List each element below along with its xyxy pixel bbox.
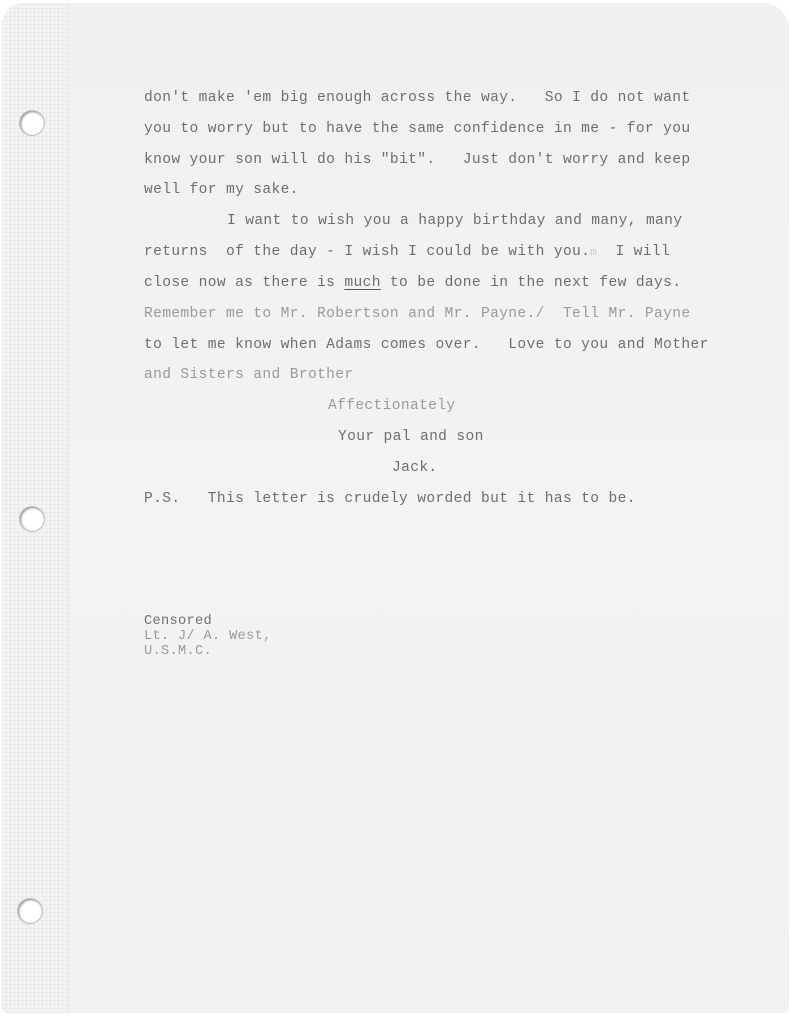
body-text: to be done in the next few days. (381, 275, 682, 291)
body-line: I want to wish you a happy birthday and … (227, 212, 682, 230)
body-line: well for my sake. (144, 181, 299, 199)
body-text: returns of the day - I wish I could be w… (144, 244, 590, 260)
valediction: Affectionately (328, 397, 456, 415)
body-line: Remember me to Mr. Robertson and Mr. Pay… (144, 305, 690, 323)
censor-label: Censored (144, 614, 212, 629)
closing-phrase: Your pal and son (338, 428, 484, 446)
letter-page: don't make 'em big enough across the way… (2, 3, 789, 1013)
censor-officer: Lt. J/ A. West, (144, 629, 272, 644)
body-line: returns of the day - I wish I could be w… (144, 243, 670, 262)
signature: Jack. (392, 459, 438, 477)
underlined-word: much (344, 275, 380, 291)
letter-text: don't make 'em big enough across the way… (2, 3, 789, 1013)
body-line: to let me know when Adams comes over. Lo… (144, 336, 709, 354)
body-text: close now as there is (144, 275, 344, 291)
body-line: you to worry but to have the same confid… (144, 120, 690, 138)
body-line: and Sisters and Brother (144, 366, 353, 384)
body-line: know your son will do his "bit". Just do… (144, 151, 690, 169)
body-text: I will (597, 244, 670, 260)
censor-branch: U.S.M.C. (144, 644, 212, 659)
postscript: P.S. This letter is crudely worded but i… (144, 490, 636, 508)
body-line: close now as there is much to be done in… (144, 274, 681, 292)
body-line: don't make 'em big enough across the way… (144, 89, 690, 107)
